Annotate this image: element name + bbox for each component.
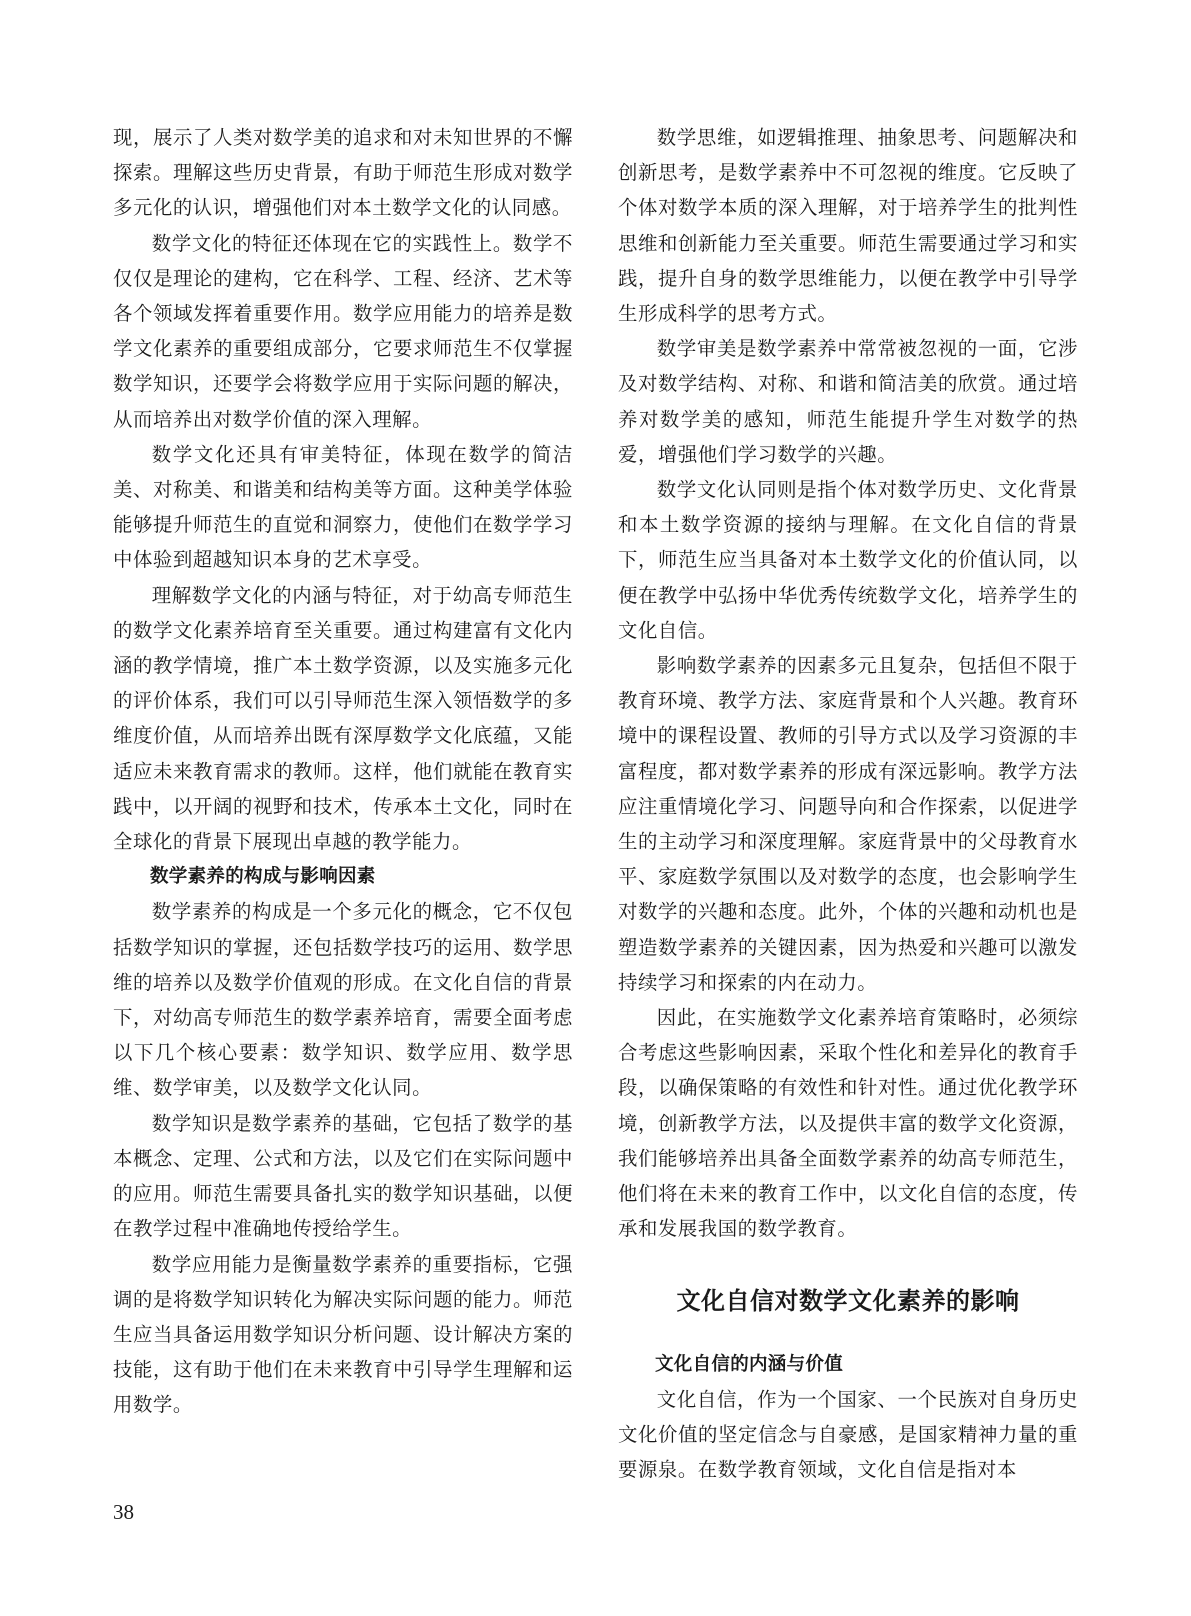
right-column: 数学思维，如逻辑推理、抽象思考、问题解决和创新思考，是数学素养中不可忽视的维度。…: [618, 120, 1078, 1487]
paragraph: 数学文化还具有审美特征，体现在数学的简洁美、对称美、和谐美和结构美等方面。这种美…: [113, 437, 573, 578]
paragraph: 理解数学文化的内涵与特征，对于幼高专师范生的数学文化素养培育至关重要。通过构建富…: [113, 578, 573, 860]
paragraph: 数学应用能力是衡量数学素养的重要指标，它强调的是将数学知识转化为解决实际问题的能…: [113, 1247, 573, 1423]
document-page: 现，展示了人类对数学美的追求和对未知世界的不懈探索。理解这些历史背景，有助于师范…: [0, 0, 1191, 1616]
paragraph: 数学知识是数学素养的基础，它包括了数学的基本概念、定理、公式和方法，以及它们在实…: [113, 1106, 573, 1247]
paragraph: 数学文化的特征还体现在它的实践性上。数学不仅仅是理论的建构，它在科学、工程、经济…: [113, 226, 573, 437]
paragraph: 数学素养的构成是一个多元化的概念，它不仅包括数学知识的掌握，还包括数学技巧的运用…: [113, 894, 573, 1105]
paragraph: 数学思维，如逻辑推理、抽象思考、问题解决和创新思考，是数学素养中不可忽视的维度。…: [618, 120, 1078, 331]
paragraph: 因此，在实施数学文化素养培育策略时，必须综合考虑这些影响因素，采取个性化和差异化…: [618, 1000, 1078, 1246]
page-number: 38: [113, 1500, 134, 1525]
paragraph: 文化自信，作为一个国家、一个民族对自身历史文化价值的坚定信念与自豪感，是国家精神…: [618, 1382, 1078, 1488]
subheading-cultural-confidence: 文化自信的内涵与价值: [618, 1347, 1078, 1382]
paragraph: 数学文化认同则是指个体对数学历史、文化背景和本土数学资源的接纳与理解。在文化自信…: [618, 472, 1078, 648]
paragraph: 数学审美是数学素养中常常被忽视的一面，它涉及对数学结构、对称、和谐和简洁美的欣赏…: [618, 331, 1078, 472]
subheading-math-literacy-composition: 数学素养的构成与影响因素: [113, 859, 573, 894]
paragraph-continued: 现，展示了人类对数学美的追求和对未知世界的不懈探索。理解这些历史背景，有助于师范…: [113, 120, 573, 226]
section-title: 文化自信对数学文化素养的影响: [618, 1283, 1078, 1319]
left-column: 现，展示了人类对数学美的追求和对未知世界的不懈探索。理解这些历史背景，有助于师范…: [113, 120, 573, 1423]
paragraph: 影响数学素养的因素多元且复杂，包括但不限于教育环境、教学方法、家庭背景和个人兴趣…: [618, 648, 1078, 1000]
